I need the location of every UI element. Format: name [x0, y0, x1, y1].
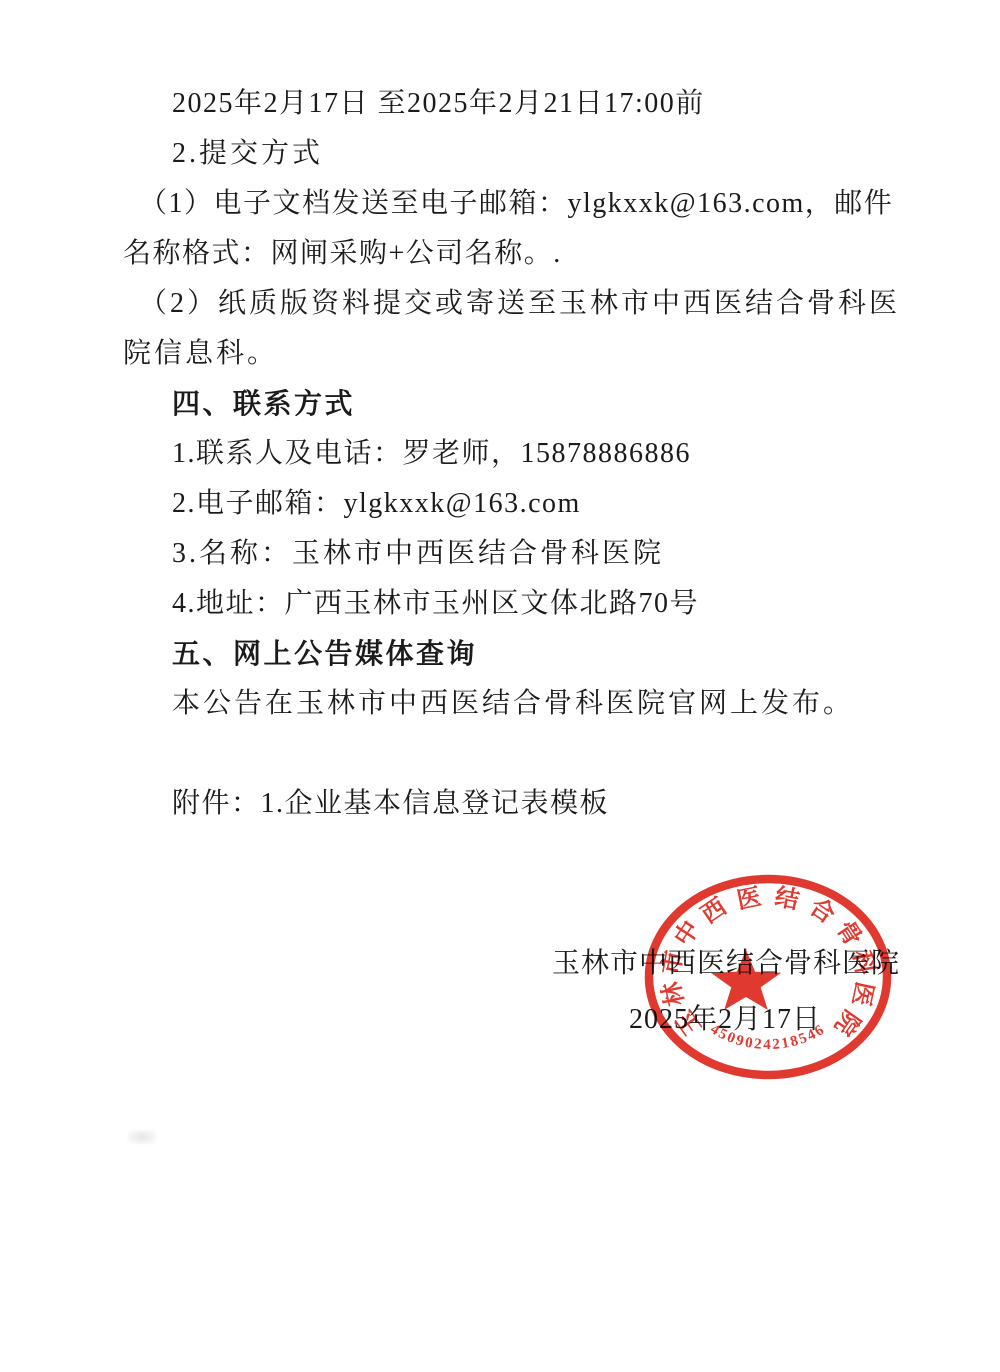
seal-arc-char: 合	[805, 892, 841, 929]
seal-arc-char: 结	[773, 883, 802, 914]
line-submission-paper-1: （2）纸质版资料提交或寄送至玉林市中西医结合骨科医	[123, 279, 913, 329]
seal-arc-char: 医	[735, 883, 764, 914]
seal-arc-char: 医	[847, 979, 878, 1008]
line-submission-method-title: 2.提交方式	[123, 129, 913, 179]
line-publication-note: 本公告在玉林市中西医结合骨科医院官网上发布。	[123, 679, 913, 729]
signature-date: 2025年2月17日	[629, 997, 821, 1037]
line-submission-email-2: 名称格式：网闸采购+公司名称。.	[123, 229, 913, 279]
section-heading-contact: 四、联系方式	[123, 379, 913, 429]
seal-arc-char: 西	[696, 893, 731, 929]
signature-org: 玉林市中西医结合骨科医院	[552, 941, 900, 981]
line-submission-deadline: 2025年2月17日 至2025年2月21日17:00前	[123, 79, 913, 129]
line-submission-paper-2: 院信息科。	[123, 329, 913, 379]
line-attachment: 附件：1.企业基本信息登记表模板	[123, 779, 913, 829]
body-text: 2025年2月17日 至2025年2月21日17:00前 2.提交方式 （1）电…	[123, 79, 913, 829]
scan-smudge	[128, 1130, 156, 1144]
line-contact-name: 3.名称：玉林市中西医结合骨科医院	[123, 529, 913, 579]
line-contact-email: 2.电子邮箱：ylgkxxk@163.com	[123, 479, 913, 529]
line-submission-email-1: （1）电子文档发送至电子邮箱：ylgkxxk@163.com，邮件	[123, 179, 913, 229]
spacer-line	[123, 729, 913, 779]
document-page: 2025年2月17日 至2025年2月21日17:00前 2.提交方式 （1）电…	[0, 0, 1000, 1372]
seal-arc-char: 院	[829, 1005, 865, 1040]
line-contact-phone: 1.联系人及电话：罗老师，15878886886	[123, 429, 913, 479]
line-contact-address: 4.地址：广西玉林市玉州区文体北路70号	[123, 579, 913, 629]
section-heading-publication: 五、网上公告媒体查询	[123, 629, 913, 679]
